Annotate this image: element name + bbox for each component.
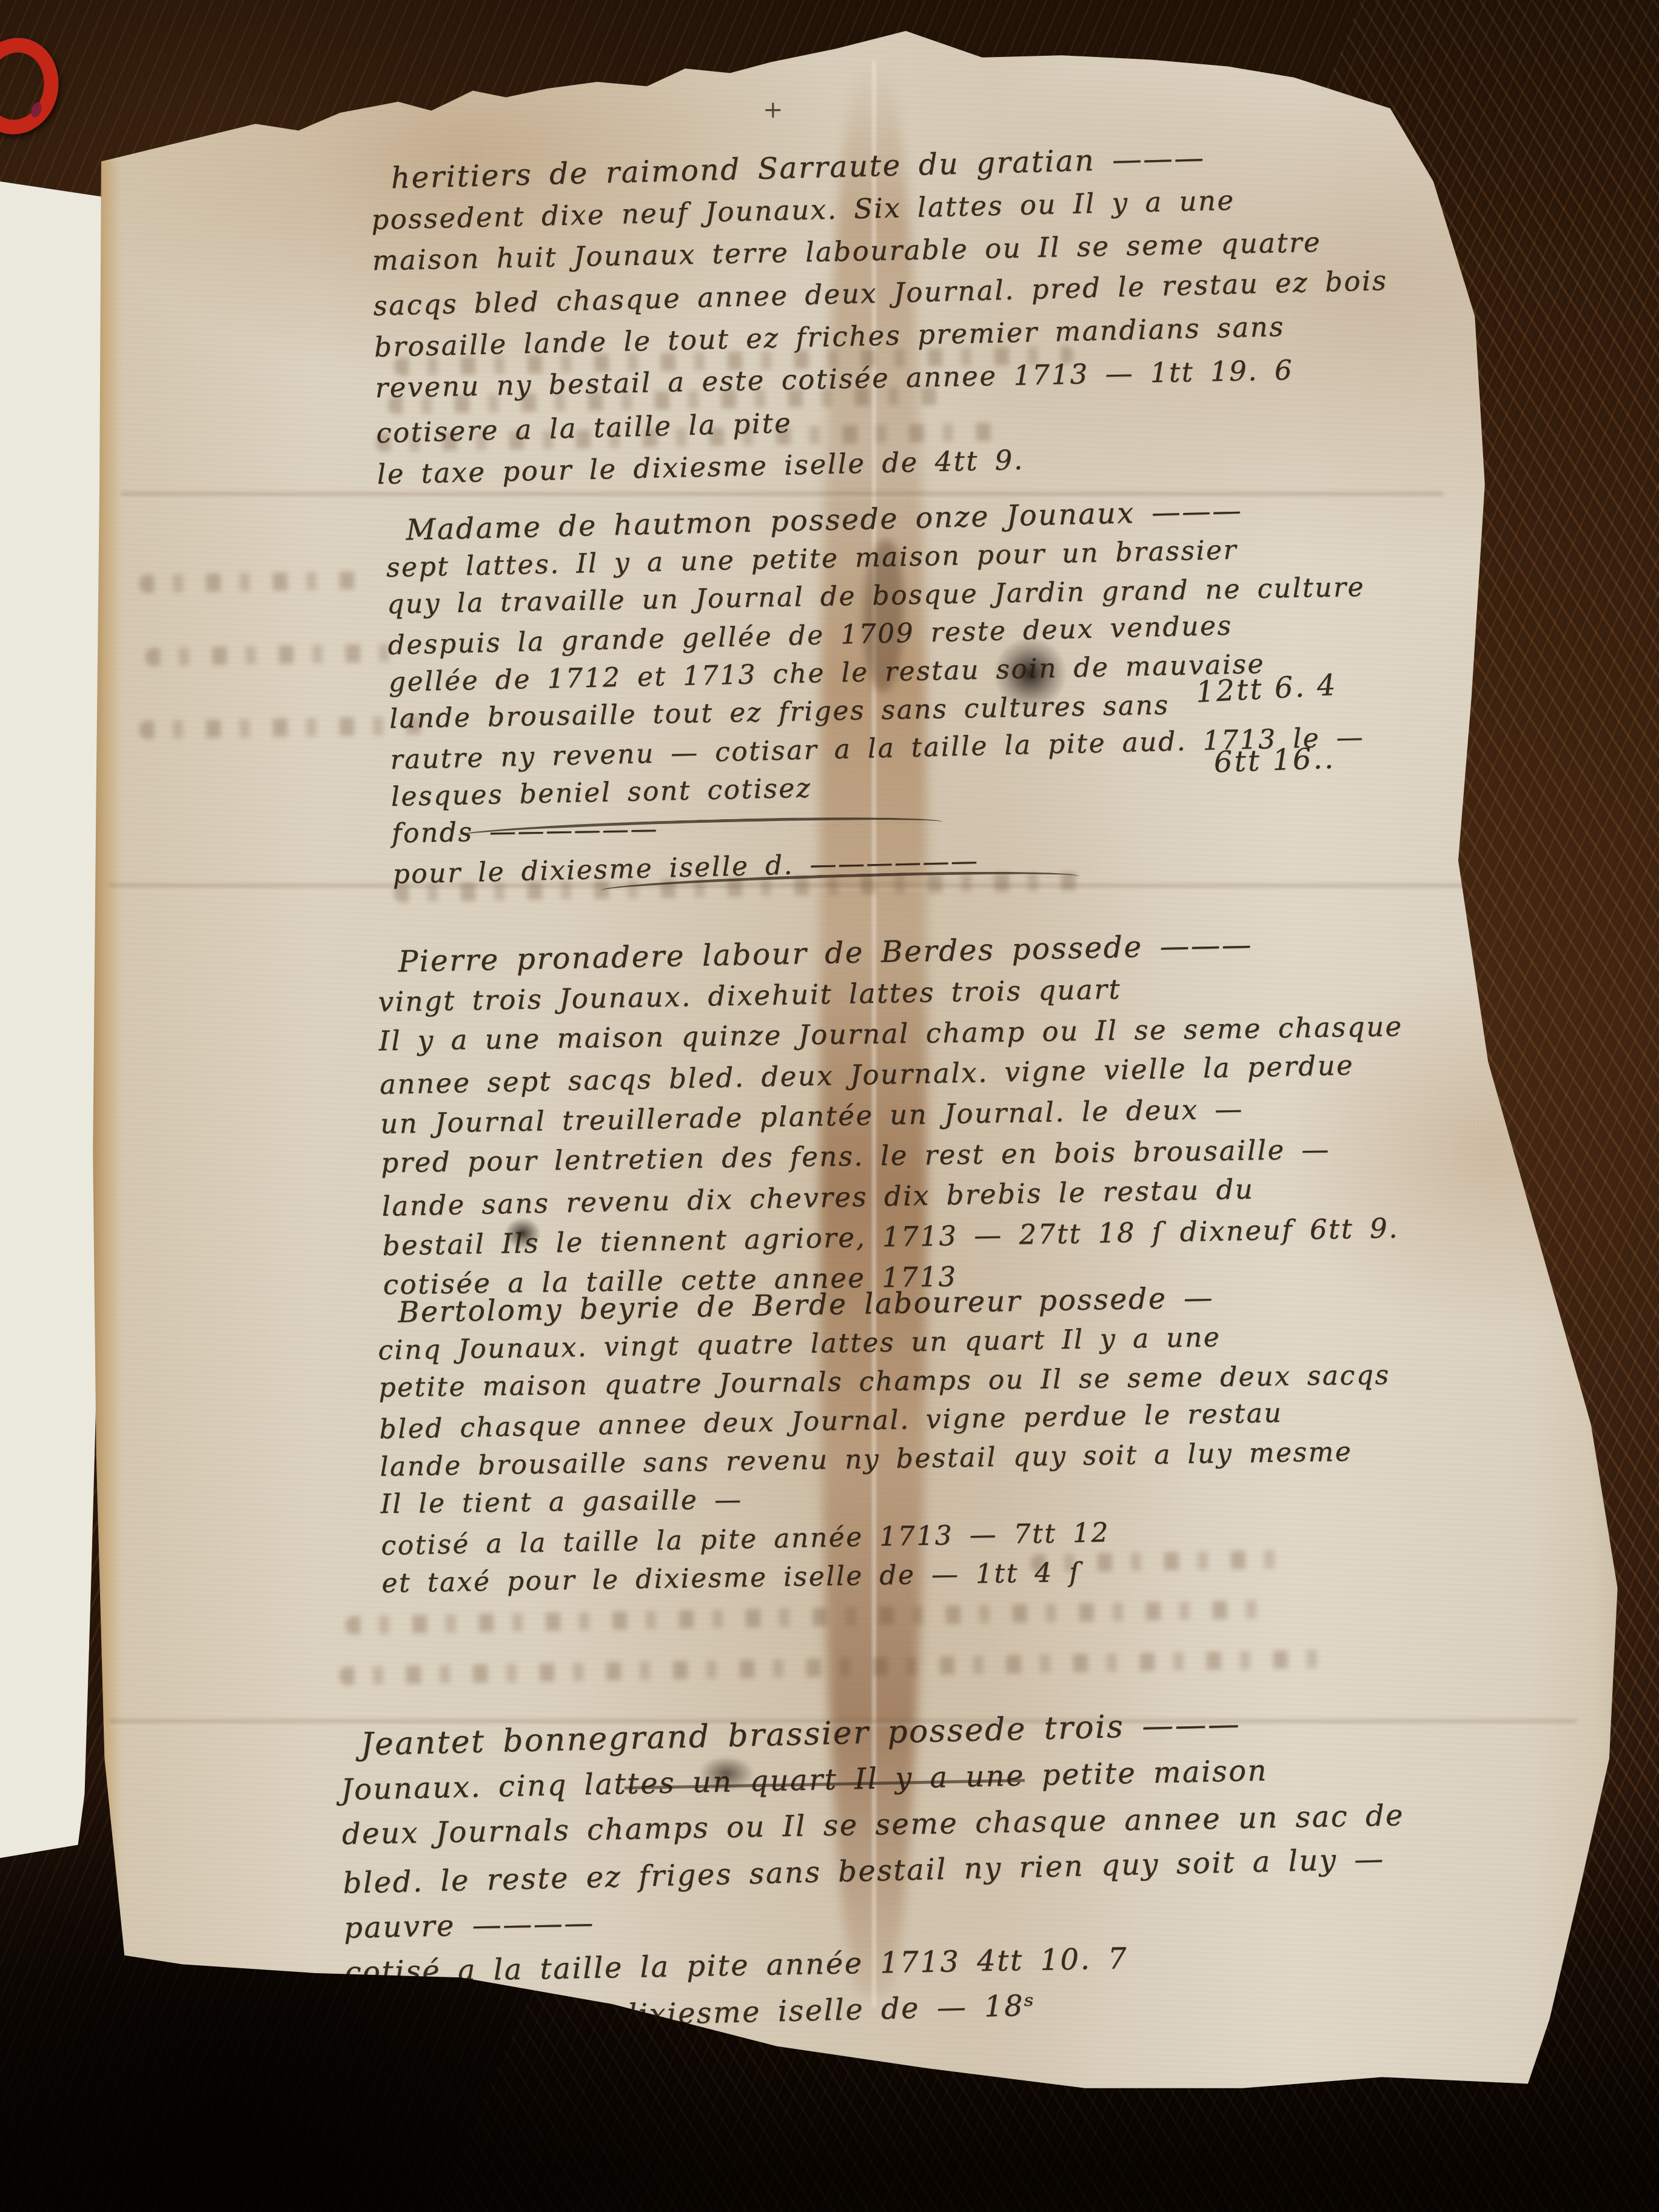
entry-heritiers-sarraute: heritiers de raimond Sarraute du gratian…: [370, 133, 1392, 496]
photo-scene: e — ɔ bled d w e — ɔ — — ʒ ou may ms que…: [0, 0, 1659, 2212]
cross-mark: +: [763, 96, 783, 124]
entry-pierre-pronadere: Pierre pronadere labour de Berdes possed…: [377, 923, 1407, 1307]
bleed-through-smudge: [139, 571, 358, 593]
manuscript-page: + heritiers de raimond Sarraute du grati…: [0, 0, 1659, 2212]
tax-amount: 6tt 16..: [1213, 742, 1336, 780]
entry-bertolomy-beyrie: Bertolomy beyrie de Berde laboureur poss…: [377, 1277, 1393, 1603]
